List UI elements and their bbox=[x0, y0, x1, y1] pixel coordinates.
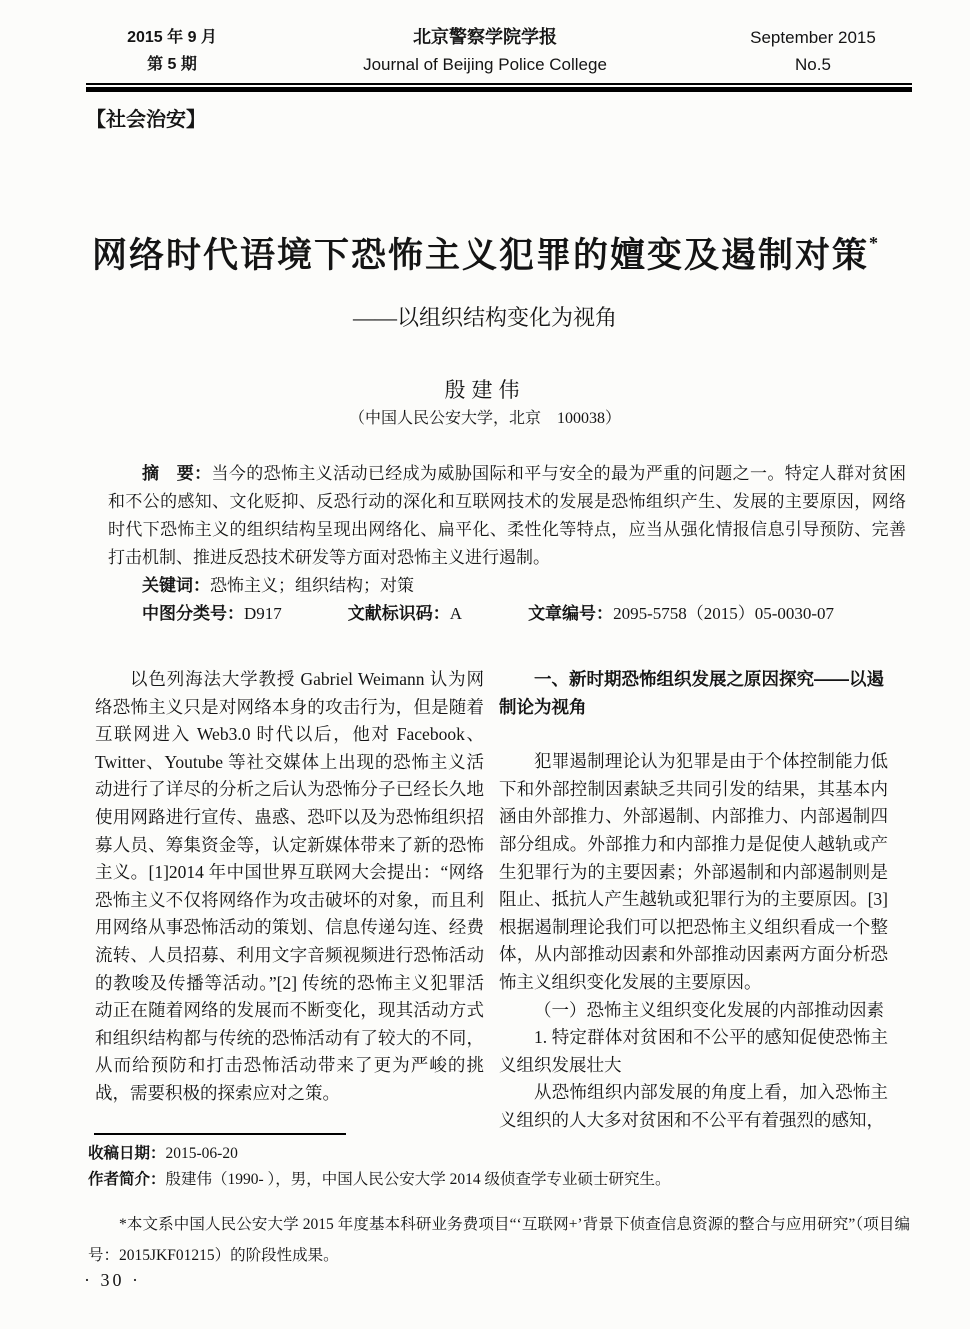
keywords-text: 恐怖主义；组织结构；对策 bbox=[210, 576, 414, 595]
author-bio-line: 作者简介：殷建伟（1990- ），男，中国人民公安大学 2014 级侦查学专业硕… bbox=[88, 1167, 910, 1193]
article-title: 网络时代语境下恐怖主义犯罪的嬗变及遏制对策* bbox=[0, 228, 970, 278]
page-number: · 30 · bbox=[84, 1270, 141, 1291]
header-issue-en: September 2015 No.5 bbox=[718, 24, 908, 78]
author-bio-label: 作者简介： bbox=[88, 1171, 166, 1188]
section-label: 【社会治安】 bbox=[86, 103, 206, 132]
keywords: 关键词：恐怖主义；组织结构；对策 bbox=[108, 572, 906, 600]
author-bio-value: 殷建伟（1990- ），男，中国人民公安大学 2014 级侦查学专业硕士研究生。 bbox=[166, 1171, 671, 1188]
journal-page: 2015 年 9 月 第 5 期 北京警察学院学报 Journal of Bei… bbox=[0, 0, 970, 1329]
clc-value: D917 bbox=[244, 604, 282, 623]
rule-thick-line bbox=[86, 87, 912, 92]
section-1-heading: 一、新时期恐怖组织发展之原因探究——以遏制论为视角 bbox=[499, 666, 888, 721]
title-footnote-asterisk: * bbox=[869, 233, 878, 253]
article-meta: 摘 要：当今的恐怖主义活动已经成为威胁国际和平与安全的最为严重的问题之一。特定人… bbox=[108, 460, 906, 628]
clc-label: 中图分类号： bbox=[142, 604, 244, 623]
doc-code-value: A bbox=[450, 604, 462, 623]
footnote-separator-rule bbox=[94, 1133, 346, 1135]
body-right-column: 一、新时期恐怖组织发展之原因探究——以遏制论为视角 犯罪遏制理论认为犯罪是由于个… bbox=[499, 666, 888, 1135]
subsection-1-1-heading: （一）恐怖主义组织变化发展的内部推动因素 bbox=[499, 997, 888, 1025]
abstract: 摘 要：当今的恐怖主义活动已经成为威胁国际和平与安全的最为严重的问题之一。特定人… bbox=[108, 460, 906, 572]
keywords-label: 关键词： bbox=[142, 576, 210, 595]
received-date-value: 2015-06-20 bbox=[166, 1145, 238, 1162]
rule-thin-line bbox=[86, 83, 912, 85]
subsection-paragraph: 从恐怖组织内部发展的角度上看，加入恐怖主义组织的人大多对贫困和不公平有着强烈的感… bbox=[499, 1079, 888, 1134]
section-1-paragraph: 犯罪遏制理论认为犯罪是由于个体控制能力低下和外部控制因素缺乏共同引发的结果，其基… bbox=[499, 748, 888, 996]
article-subtitle: ——以组织结构变化为视角 bbox=[0, 301, 970, 332]
header-date-en: September 2015 bbox=[718, 24, 908, 51]
subsection-point-1-heading: 1. 特定群体对贫困和不公平的感知促使恐怖主义组织发展壮大 bbox=[499, 1024, 888, 1079]
article-title-text: 网络时代语境下恐怖主义犯罪的嬗变及遏制对策 bbox=[92, 236, 869, 275]
intro-paragraph: 以色列海法大学教授 Gabriel Weimann 认为网络恐怖主义只是对网络本… bbox=[95, 666, 484, 1108]
classification-line: 中图分类号：D917文献标识码：A文章编号：2095-5758（2015）05-… bbox=[108, 600, 906, 628]
doc-code-label: 文献标识码： bbox=[348, 604, 450, 623]
abstract-label: 摘 要： bbox=[142, 464, 212, 483]
funding-note: *本文系中国人民公安大学 2015 年度基本科研业务费项目“‘互联网+’背景下侦… bbox=[88, 1209, 910, 1271]
received-date-label: 收稿日期： bbox=[88, 1145, 166, 1162]
abstract-text: 当今的恐怖主义活动已经成为威胁国际和平与安全的最为严重的问题之一。特定人群对贫困… bbox=[108, 464, 906, 567]
article-id-label: 文章编号： bbox=[528, 604, 613, 623]
author-name: 殷建伟 bbox=[0, 374, 970, 404]
footnote-block: 收稿日期：2015-06-20 作者简介：殷建伟（1990- ），男，中国人民公… bbox=[88, 1133, 910, 1271]
received-date-line: 收稿日期：2015-06-20 bbox=[88, 1141, 910, 1167]
author-affiliation: （中国人民公安大学，北京 100038） bbox=[0, 405, 970, 428]
header-double-rule bbox=[86, 83, 912, 92]
header-issue-no-en: No.5 bbox=[718, 51, 908, 78]
article-id-value: 2095-5758（2015）05-0030-07 bbox=[613, 604, 834, 623]
body-left-column: 以色列海法大学教授 Gabriel Weimann 认为网络恐怖主义只是对网络本… bbox=[95, 666, 484, 1108]
